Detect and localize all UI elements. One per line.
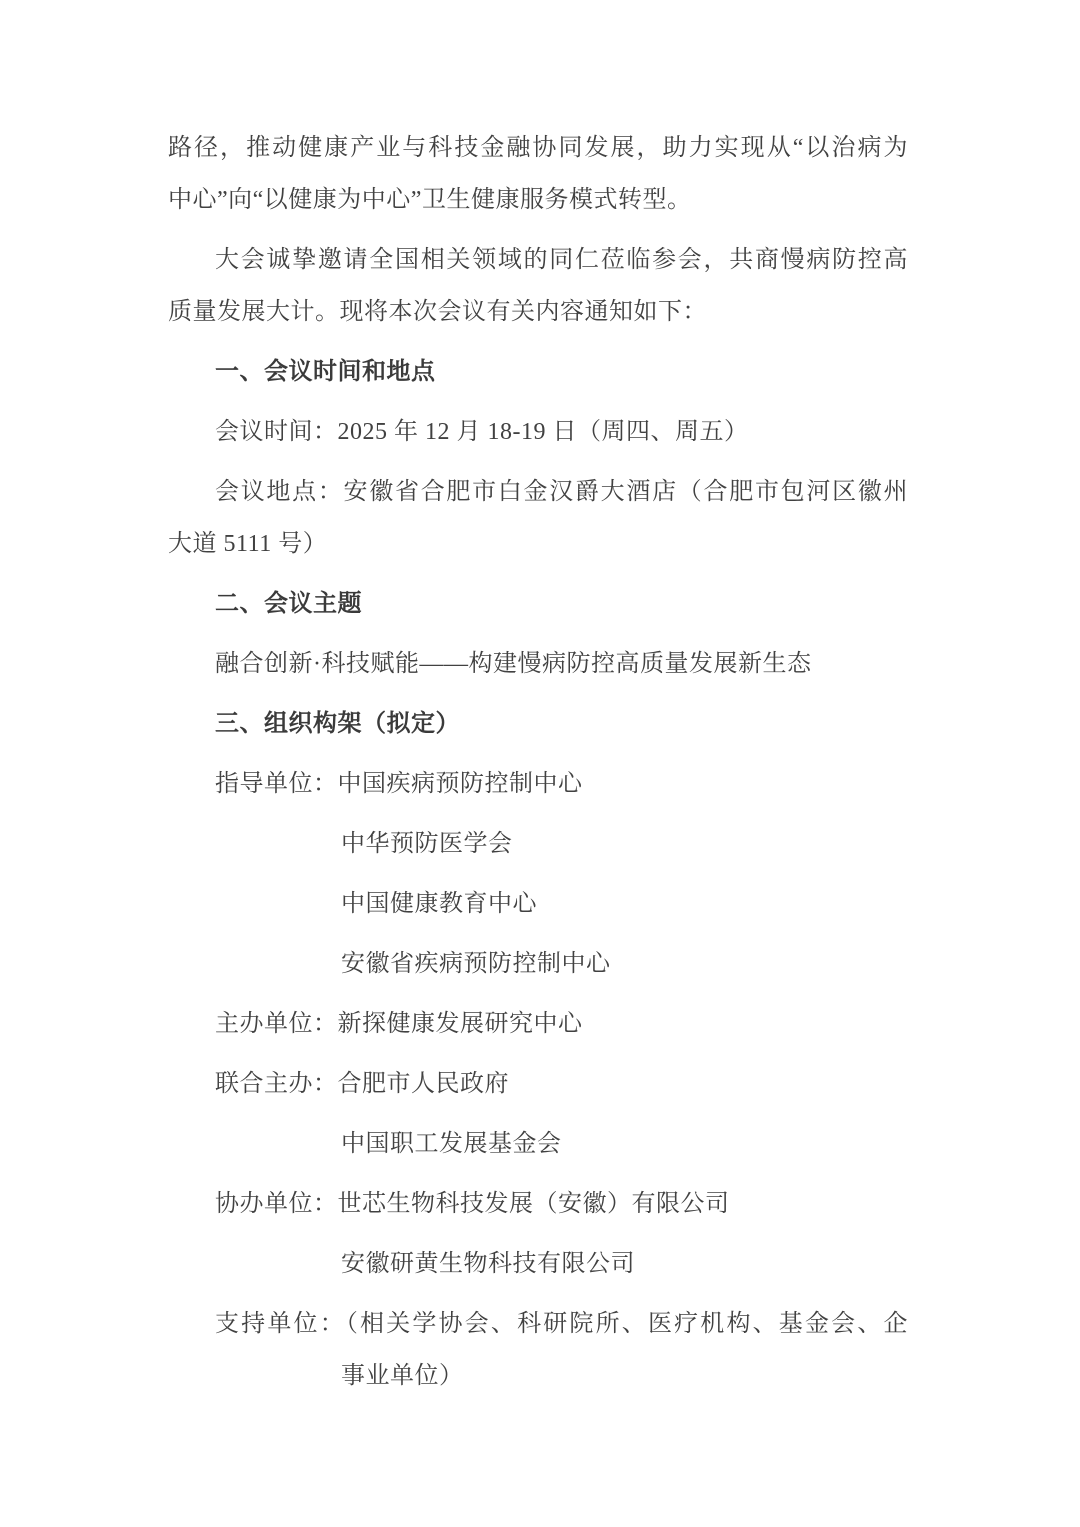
- doc-line: 事业单位）: [168, 1350, 908, 1402]
- doc-line: 主办单位：新探健康发展研究中心: [168, 998, 908, 1050]
- doc-line: 路径，推动健康产业与科技金融协同发展，助力实现从“以治病为: [168, 122, 908, 174]
- doc-line: 融合创新·科技赋能——构建慢病防控高质量发展新生态: [168, 638, 908, 690]
- section-heading: 二、会议主题: [168, 578, 908, 630]
- doc-line: 大道 5111 号）: [168, 518, 908, 570]
- doc-line: 中心”向“以健康为中心”卫生健康服务模式转型。: [168, 174, 908, 226]
- doc-line: 安徽研黄生物科技有限公司: [168, 1238, 908, 1290]
- section-heading: 一、会议时间和地点: [168, 346, 908, 398]
- doc-line: 会议时间：2025 年 12 月 18-19 日（周四、周五）: [168, 406, 908, 458]
- document-page: 路径，推动健康产业与科技金融协同发展，助力实现从“以治病为中心”向“以健康为中心…: [0, 0, 1080, 1527]
- doc-line: 联合主办：合肥市人民政府: [168, 1058, 908, 1110]
- doc-line: 中国健康教育中心: [168, 878, 908, 930]
- doc-line: 中国职工发展基金会: [168, 1118, 908, 1170]
- doc-line: 协办单位：世芯生物科技发展（安徽）有限公司: [168, 1178, 908, 1230]
- doc-line: 质量发展大计。现将本次会议有关内容通知如下：: [168, 286, 908, 338]
- doc-line: 中华预防医学会: [168, 818, 908, 870]
- document-body: 路径，推动健康产业与科技金融协同发展，助力实现从“以治病为中心”向“以健康为中心…: [168, 122, 908, 1402]
- section-heading: 三、组织构架（拟定）: [168, 698, 908, 750]
- doc-line: 会议地点：安徽省合肥市白金汉爵大酒店（合肥市包河区徽州: [168, 466, 908, 518]
- doc-line: 大会诚挚邀请全国相关领域的同仁莅临参会，共商慢病防控高: [168, 234, 908, 286]
- doc-line: 安徽省疾病预防控制中心: [168, 938, 908, 990]
- doc-line: 支持单位：（相关学协会、科研院所、医疗机构、基金会、企: [168, 1298, 908, 1350]
- doc-line: 指导单位：中国疾病预防控制中心: [168, 758, 908, 810]
